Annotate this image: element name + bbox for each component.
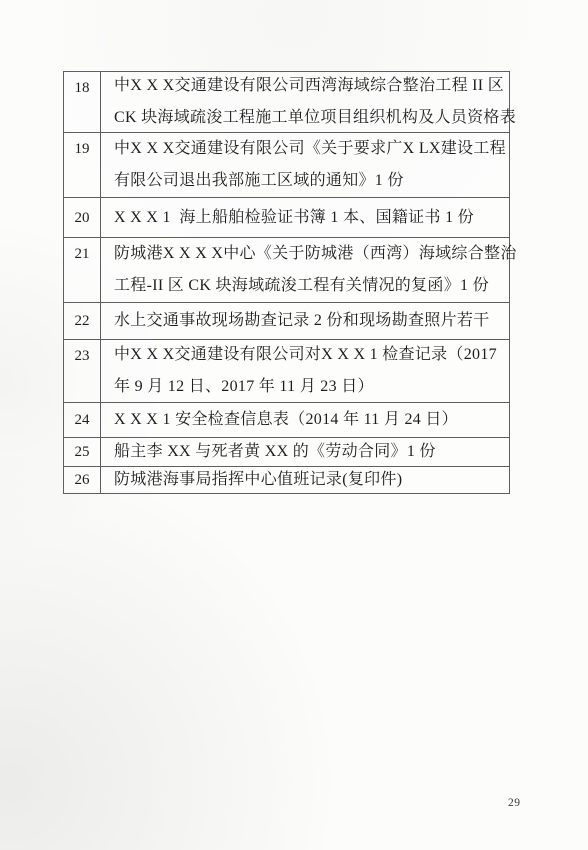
row-number: 21 (75, 238, 90, 270)
row-number-cell: 26 (64, 467, 101, 493)
row-number-cell: 18 (64, 72, 101, 132)
row-number-cell: 19 (64, 133, 101, 197)
row-number-cell: 24 (64, 403, 101, 437)
row-number: 26 (75, 464, 90, 496)
row-text-line: 防城港海事局指挥中心值班记录(复印件) (114, 464, 509, 496)
row-number-cell: 21 (64, 238, 101, 302)
row-content-cell: 中X X X交通建设有限公司对X X X 1 检查记录（2017年 9 月 12… (101, 340, 509, 402)
row-text-line: CK 块海域疏浚工程施工单位项目组织机构及人员资格表 (114, 102, 516, 134)
row-content-cell: 防城港海事局指挥中心值班记录(复印件) (101, 467, 509, 493)
table-row: 21 防城港X X X X中心《关于防城港（西湾）海域综合整治工程-II 区 C… (64, 238, 509, 303)
row-content-cell: 中X X X交通建设有限公司西湾海域综合整治工程 II 区CK 块海域疏浚工程施… (101, 72, 516, 132)
table-row: 18 中X X X交通建设有限公司西湾海域综合整治工程 II 区CK 块海域疏浚… (64, 72, 509, 133)
row-number-cell: 25 (64, 438, 101, 466)
row-content-cell: 水上交通事故现场勘查记录 2 份和现场勘查照片若干 (101, 303, 509, 339)
document-page: 18 中X X X交通建设有限公司西湾海域综合整治工程 II 区CK 块海域疏浚… (0, 0, 588, 850)
row-text-line: 中X X X交通建设有限公司《关于要求广X LX建设工程 (114, 133, 509, 165)
row-number: 19 (75, 133, 90, 165)
table-row: 22 水上交通事故现场勘查记录 2 份和现场勘查照片若干 (64, 303, 509, 340)
table-row: 24 X X X 1 安全检查信息表（2014 年 11 月 24 日） (64, 403, 509, 438)
row-text-line: 中X X X交通建设有限公司西湾海域综合整治工程 II 区 (114, 70, 516, 102)
evidence-list-table: 18 中X X X交通建设有限公司西湾海域综合整治工程 II 区CK 块海域疏浚… (63, 71, 510, 494)
row-number: 22 (75, 305, 90, 337)
row-text-line: 年 9 月 12 日、2017 年 11 月 23 日） (114, 371, 509, 403)
table-row: 26 防城港海事局指挥中心值班记录(复印件) (64, 467, 509, 493)
row-number: 24 (75, 404, 90, 436)
row-text-line: 防城港X X X X中心《关于防城港（西湾）海域综合整治 (114, 238, 517, 270)
row-text-line: 中X X X交通建设有限公司对X X X 1 检查记录（2017 (114, 339, 509, 371)
row-number-cell: 23 (64, 340, 101, 402)
row-number: 23 (75, 340, 90, 372)
row-content-cell: X X X 1 海上船舶检验证书簿 1 本、国籍证书 1 份 (101, 198, 509, 237)
table-row: 25 船主李 XX 与死者黄 XX 的《劳动合同》1 份 (64, 438, 509, 467)
row-text-line: 工程-II 区 CK 块海域疏浚工程有关情况的复函》1 份 (114, 270, 517, 302)
row-text-line: X X X 1 海上船舶检验证书簿 1 本、国籍证书 1 份 (114, 202, 509, 234)
row-text-line: 水上交通事故现场勘查记录 2 份和现场勘查照片若干 (114, 305, 509, 337)
row-content-cell: 船主李 XX 与死者黄 XX 的《劳动合同》1 份 (101, 438, 509, 466)
row-number-cell: 20 (64, 198, 101, 237)
table-row: 20 X X X 1 海上船舶检验证书簿 1 本、国籍证书 1 份 (64, 198, 509, 238)
row-number: 20 (75, 202, 90, 234)
table-row: 19 中X X X交通建设有限公司《关于要求广X LX建设工程有限公司退出我部施… (64, 133, 509, 198)
table-row: 23 中X X X交通建设有限公司对X X X 1 检查记录（2017年 9 月… (64, 340, 509, 403)
row-content-cell: 防城港X X X X中心《关于防城港（西湾）海域综合整治工程-II 区 CK 块… (101, 238, 517, 302)
row-number: 18 (75, 72, 90, 104)
row-text-line: X X X 1 安全检查信息表（2014 年 11 月 24 日） (114, 404, 509, 436)
page-number: 29 (508, 797, 521, 809)
row-number-cell: 22 (64, 303, 101, 339)
row-content-cell: X X X 1 安全检查信息表（2014 年 11 月 24 日） (101, 403, 509, 437)
row-content-cell: 中X X X交通建设有限公司《关于要求广X LX建设工程有限公司退出我部施工区域… (101, 133, 509, 197)
row-text-line: 有限公司退出我部施工区域的通知》1 份 (114, 165, 509, 197)
